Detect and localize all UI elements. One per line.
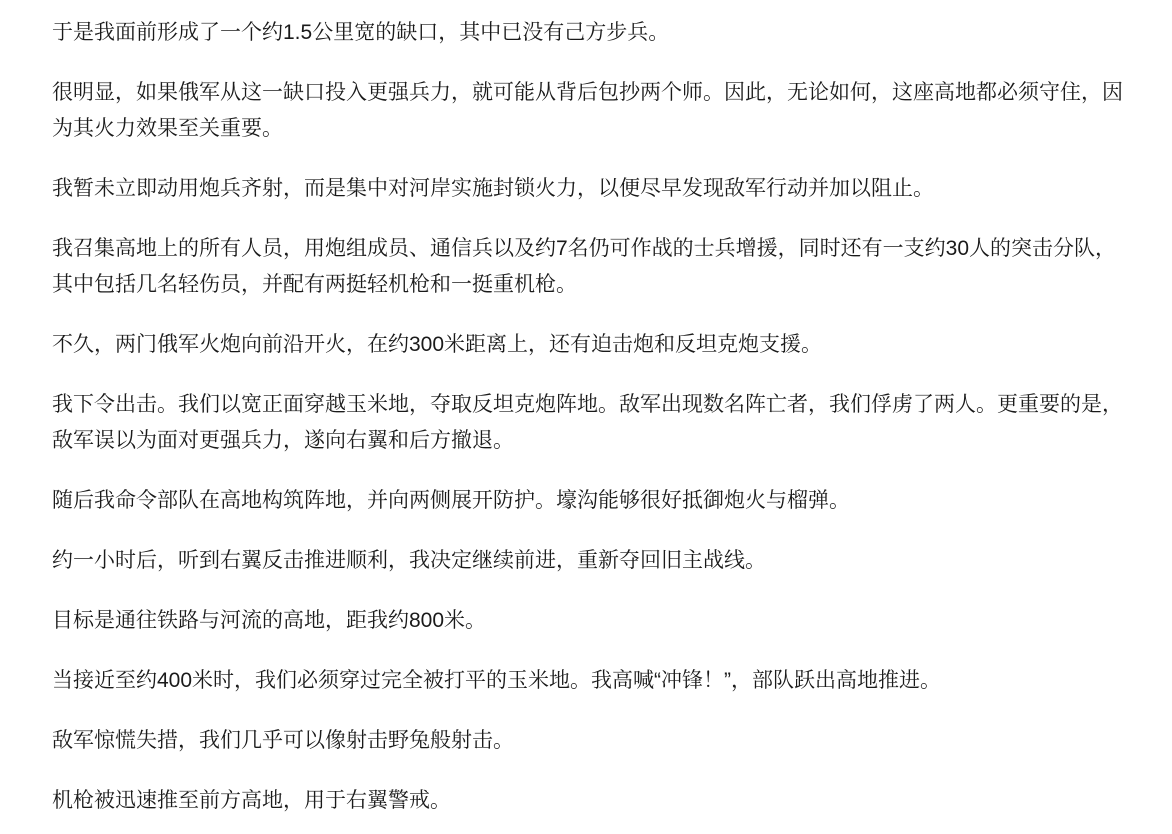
paragraph: 敌军惊慌失措，我们几乎可以像射击野兔般射击。 xyxy=(52,723,1125,759)
document-page: 于是我面前形成了一个约1.5公里宽的缺口，其中已没有己方步兵。很明显，如果俄军从… xyxy=(0,0,1172,834)
paragraph: 我下令出击。我们以宽正面穿越玉米地，夺取反坦克炮阵地。敌军出现数名阵亡者，我们俘… xyxy=(52,387,1125,459)
paragraph: 目标是通往铁路与河流的高地，距我约800米。 xyxy=(52,603,1125,639)
paragraph: 很明显，如果俄军从这一缺口投入更强兵力，就可能从背后包抄两个师。因此，无论如何，… xyxy=(52,75,1125,147)
paragraph: 机枪被迅速推至前方高地，用于右翼警戒。 xyxy=(52,783,1125,819)
paragraph: 于是我面前形成了一个约1.5公里宽的缺口，其中已没有己方步兵。 xyxy=(52,15,1125,51)
paragraph: 约一小时后，听到右翼反击推进顺利，我决定继续前进，重新夺回旧主战线。 xyxy=(52,543,1125,579)
paragraph: 不久，两门俄军火炮向前沿开火，在约300米距离上，还有迫击炮和反坦克炮支援。 xyxy=(52,327,1125,363)
paragraph: 我召集高地上的所有人员，用炮组成员、通信兵以及约7名仍可作战的士兵增援，同时还有… xyxy=(52,231,1125,303)
paragraph: 当接近至约400米时，我们必须穿过完全被打平的玉米地。我高喊“冲锋！”，部队跃出… xyxy=(52,663,1125,699)
document-body: 于是我面前形成了一个约1.5公里宽的缺口，其中已没有己方步兵。很明显，如果俄军从… xyxy=(52,15,1125,819)
paragraph: 我暂未立即动用炮兵齐射，而是集中对河岸实施封锁火力，以便尽早发现敌军行动并加以阻… xyxy=(52,171,1125,207)
paragraph: 随后我命令部队在高地构筑阵地，并向两侧展开防护。壕沟能够很好抵御炮火与榴弹。 xyxy=(52,483,1125,519)
